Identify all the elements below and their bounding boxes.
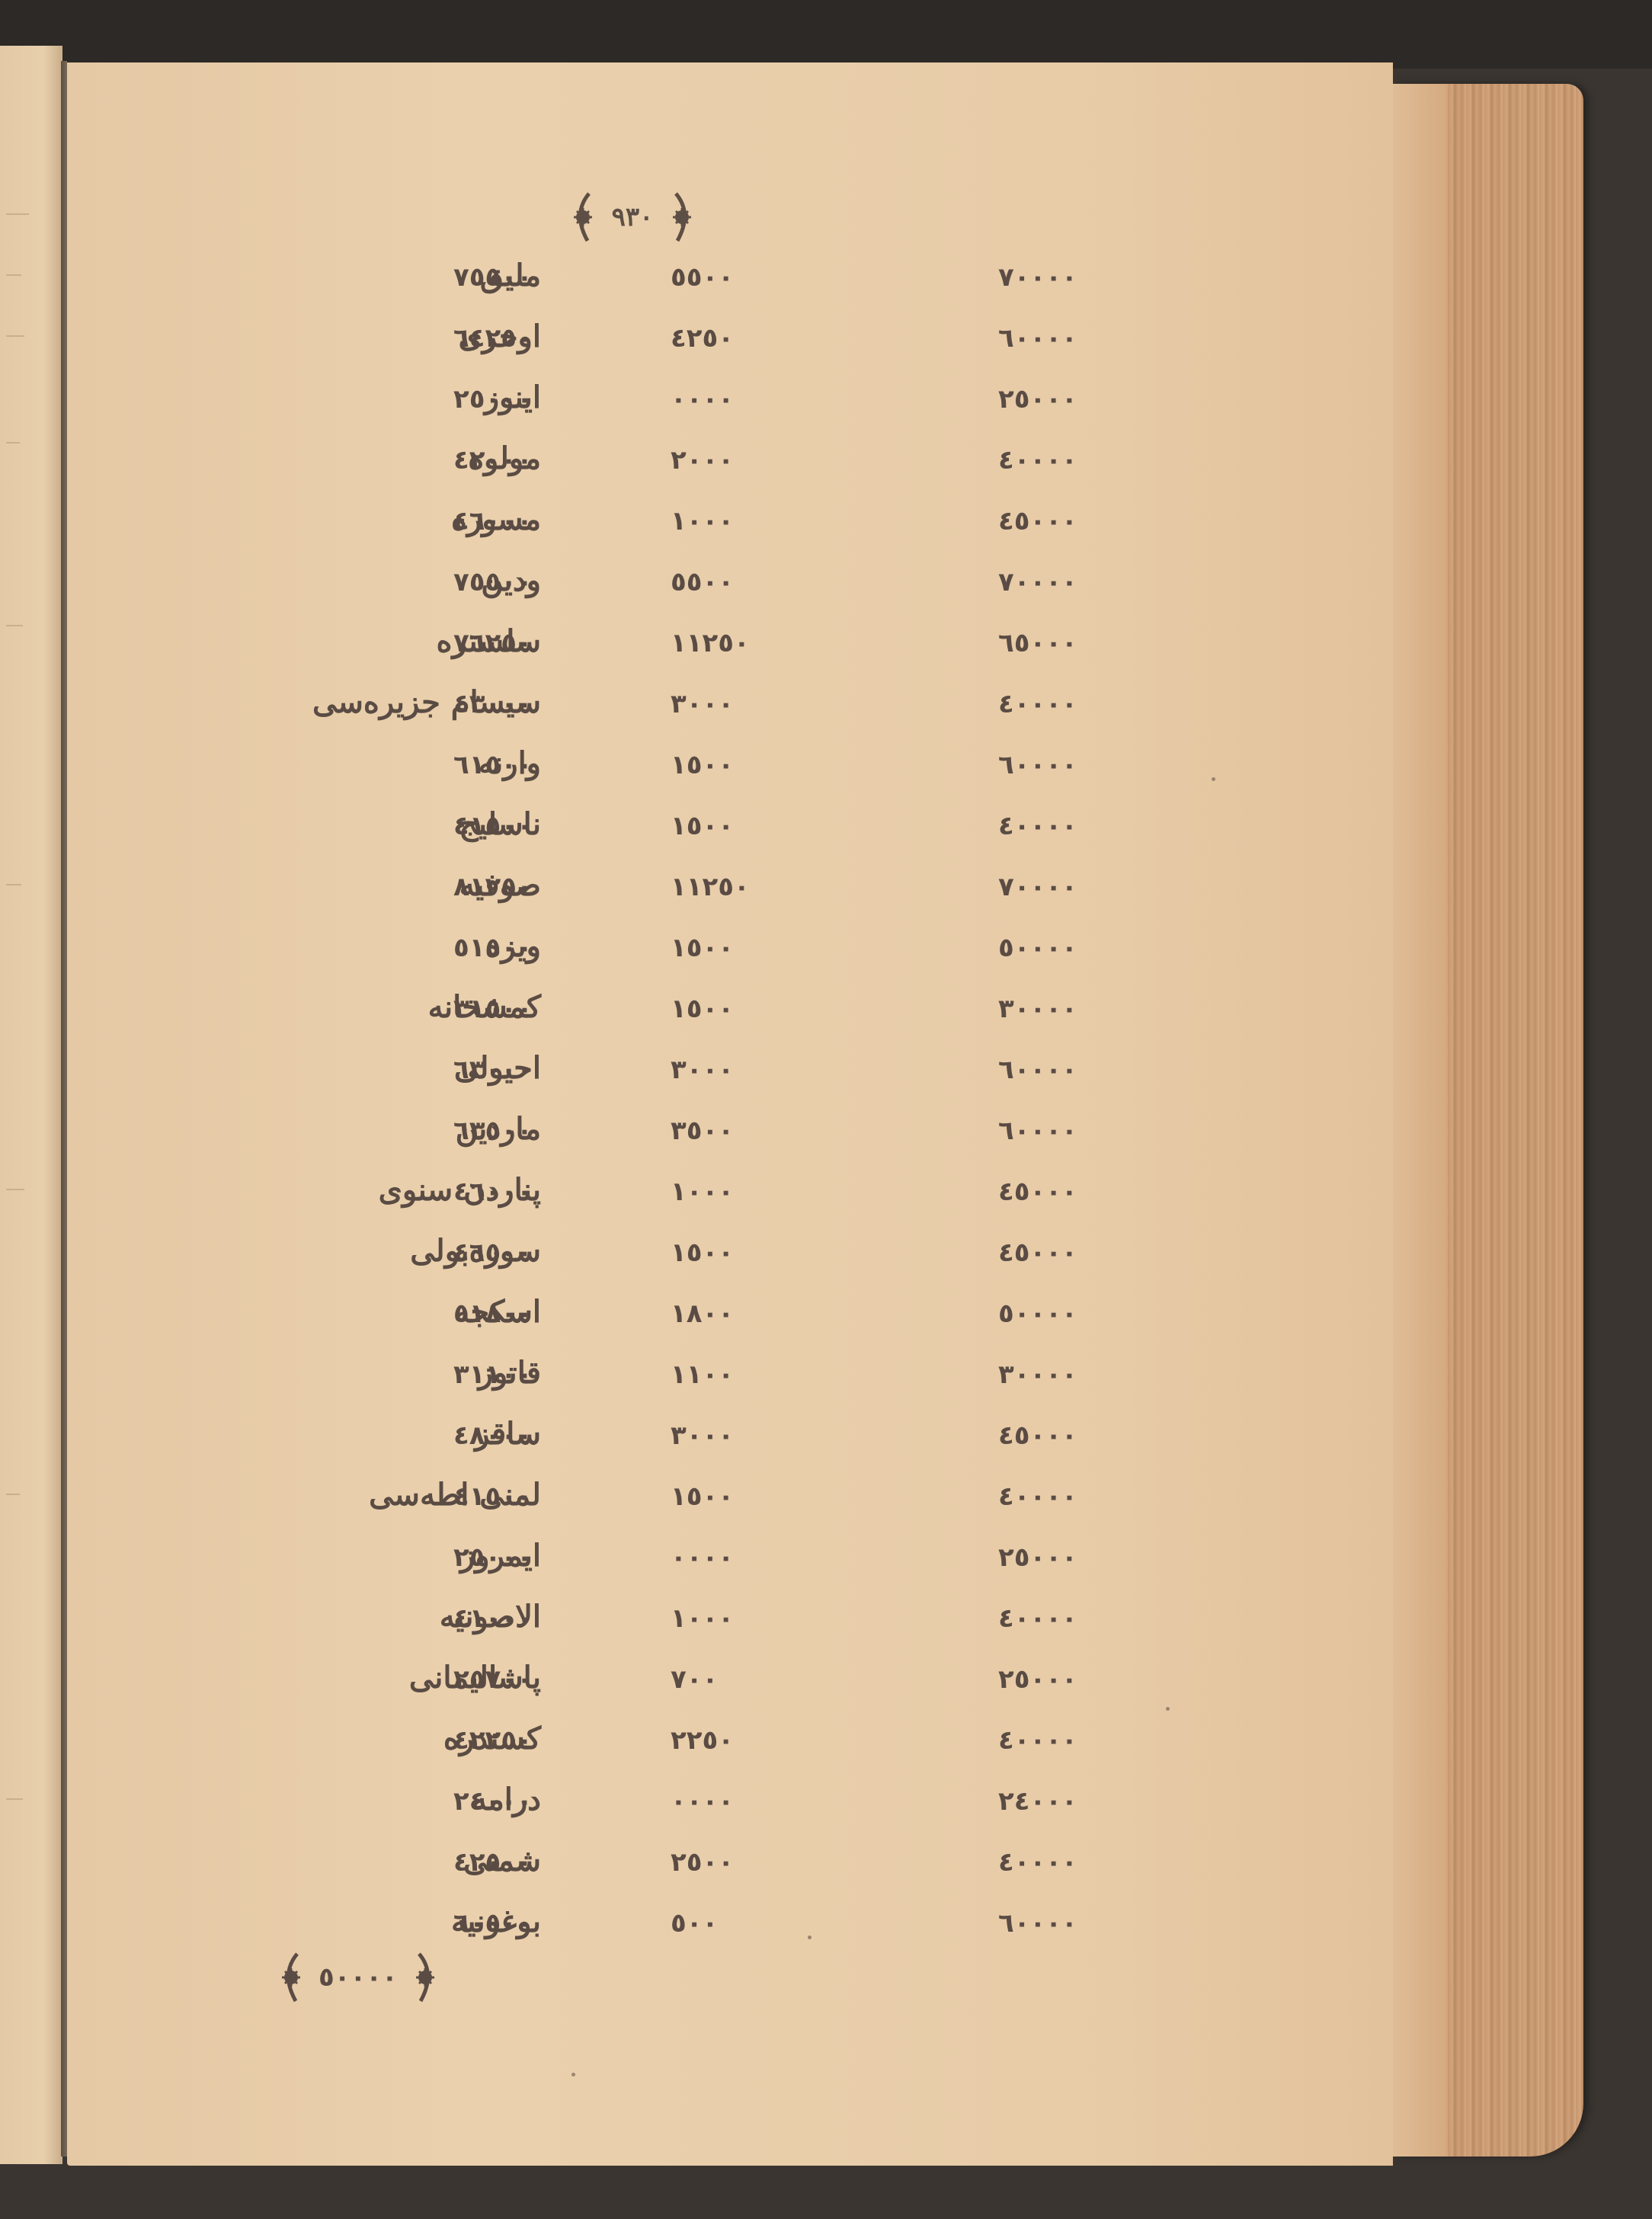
table-row: کمشخانه ٣١٥٠٠ ١٥٠٠ ٣٠٠٠٠ — [152, 983, 1143, 1044]
row-base: ٤٠٠٠٠ — [998, 445, 1077, 475]
row-addition: ٠٠٠٠ — [671, 1786, 734, 1817]
paper-speck — [1166, 1707, 1170, 1711]
row-total: ٧٦٢٥٠ — [453, 628, 533, 658]
table-row: پناردن سنوی ٤٦٠٠٠ ١٠٠٠ ٤٥٠٠٠ — [152, 1166, 1143, 1227]
footer-total-value: ٥٠٠٠٠ — [319, 1962, 398, 1993]
row-base: ٢٥٠٠٠ — [998, 1542, 1077, 1573]
row-total: ٦١٥٠٠ — [453, 750, 533, 780]
row-total: ٦٠٥٠٠ — [453, 1908, 533, 1939]
book-gutter — [61, 61, 67, 2157]
bleed-through-mark — [6, 625, 23, 626]
paper-speck — [1212, 777, 1215, 781]
row-addition: ٢٥٠٠ — [671, 1847, 734, 1878]
table-row: ویزه ٥١٥٠٠ ١٥٠٠ ٥٠٠٠٠ — [152, 922, 1143, 983]
row-total: ٣١١٠٠ — [453, 1359, 533, 1390]
row-addition: ١١٢٥٠ — [671, 628, 750, 658]
row-base: ٣٠٠٠٠ — [998, 994, 1077, 1024]
row-addition: ١١٠٠ — [671, 1359, 734, 1390]
row-base: ٤٠٠٠٠ — [998, 1847, 1077, 1878]
table-row: مولوه ٤٢٠٠٠ ٢٠٠٠ ٤٠٠٠٠ — [152, 434, 1143, 495]
page-stack-face — [1393, 84, 1446, 2157]
row-addition: ١٥٠٠ — [671, 1481, 734, 1512]
table-row: مسوره ٤٦٠٠٠ ١٠٠٠ ٤٥٠٠٠ — [152, 495, 1143, 556]
table-row: اینوز ٢٥٠٠٠ ٠٠٠٠ ٢٥٠٠٠ — [152, 373, 1143, 434]
table-row: سلستره ٧٦٢٥٠ ١١٢٥٠ ٦٥٠٠٠ — [152, 617, 1143, 678]
table-row: ماردین ٦٣٥٠٠ ٣٥٠٠ ٦٠٠٠٠ — [152, 1105, 1143, 1166]
row-total: ٢٥٠٠٠ — [453, 1542, 533, 1573]
row-addition: ٣٠٠٠ — [671, 1055, 734, 1085]
table-row: وارنه ٦١٥٠٠ ١٥٠٠ ٦٠٠٠٠ — [152, 739, 1143, 800]
row-addition: ١٥٠٠ — [671, 1238, 734, 1268]
row-base: ٥٠٠٠٠ — [998, 1298, 1077, 1329]
row-base: ٤٠٠٠٠ — [998, 689, 1077, 719]
table-row: شمنی ٤٢٥٠٠ ٢٥٠٠ ٤٠٠٠٠ — [152, 1836, 1143, 1897]
row-total: ٦٣٠٠٠ — [453, 1055, 533, 1085]
row-base: ٤٥٠٠٠ — [998, 506, 1077, 536]
row-base: ٢٤٠٠٠ — [998, 1786, 1077, 1817]
row-addition: ١٥٠٠ — [671, 994, 734, 1024]
book-photo: ٩٣٠ ملیق ٧٥٥٠٠ ٥٥٠٠ ٧٠٠٠٠ اوخری ٦٤٢٥٠ ٤٢… — [0, 0, 1652, 2219]
row-total: ٦٤٢٥٠ — [453, 323, 533, 354]
paper-speck — [808, 1936, 812, 1939]
table-row: قاتوز ٣١١٠٠ ١١٠٠ ٣٠٠٠٠ — [152, 1349, 1143, 1410]
row-base: ٤٠٠٠٠ — [998, 1725, 1077, 1756]
row-total: ٤٦٥٠٠ — [453, 1238, 533, 1268]
row-total: ٤١٥٠٠ — [453, 811, 533, 841]
row-addition: ٥٠٠ — [671, 1908, 718, 1939]
table-row: ناسلیج ٤١٥٠٠ ١٥٠٠ ٤٠٠٠٠ — [152, 800, 1143, 861]
row-base: ٦٠٠٠٠ — [998, 1055, 1077, 1085]
table-row: سوزه‌بولی ٤٦٥٠٠ ١٥٠٠ ٤٥٠٠٠ — [152, 1227, 1143, 1288]
row-addition: ١٥٠٠ — [671, 750, 734, 780]
row-addition: ٠٠٠٠ — [671, 384, 734, 415]
table-row: ودین ٧٥٥٠٠ ٥٥٠٠ ٧٠٠٠٠ — [152, 556, 1143, 617]
row-addition: ٧٠٠ — [671, 1664, 718, 1695]
row-base: ٧٠٠٠٠ — [998, 872, 1077, 902]
row-base: ٦٥٠٠٠ — [998, 628, 1077, 658]
row-base: ٦٠٠٠٠ — [998, 323, 1077, 354]
table-row: ساقز ٤٨٠٠٠ ٣٠٠٠ ٤٥٠٠٠ — [152, 1410, 1143, 1471]
row-base: ٥٠٠٠٠ — [998, 933, 1077, 963]
row-base: ٤٥٠٠٠ — [998, 1238, 1077, 1268]
row-total: ٦٣٥٠٠ — [453, 1116, 533, 1146]
row-total: ٥١٨٠٠ — [453, 1298, 533, 1329]
table-row: کسندره ٤٢٢٥٠ ٢٢٥٠ ٤٠٠٠٠ — [152, 1715, 1143, 1776]
table-row: احیولی ٦٣٠٠٠ ٣٠٠٠ ٦٠٠٠٠ — [152, 1044, 1143, 1105]
row-base: ٧٠٠٠٠ — [998, 262, 1077, 293]
table-row: پاشالیمانی ٢٥٧٠٠ ٧٠٠ ٢٥٠٠٠ — [152, 1654, 1143, 1715]
row-addition: ١٥٠٠ — [671, 933, 734, 963]
row-addition: ٣٠٠٠ — [671, 689, 734, 719]
row-total: ٨١٢٥٠ — [453, 872, 533, 902]
page-number-header: ٩٣٠ — [533, 187, 732, 248]
bleed-through-mark — [6, 442, 20, 443]
row-base: ٦٠٠٠٠ — [998, 750, 1077, 780]
row-total: ٧٥٥٠٠ — [453, 567, 533, 597]
row-base: ٤٥٠٠٠ — [998, 1420, 1077, 1451]
row-addition: ٥٥٠٠ — [671, 262, 734, 293]
table-row: لمنی اطه‌سی ٤١٥٠٠ ١٥٠٠ ٤٠٠٠٠ — [152, 1471, 1143, 1532]
row-total: ٤٨٠٠٠ — [453, 1420, 533, 1451]
row-addition: ٣٥٠٠ — [671, 1116, 734, 1146]
table-row: ملیق ٧٥٥٠٠ ٥٥٠٠ ٧٠٠٠٠ — [152, 251, 1143, 312]
table-row: درامه ٢٤٠٠٠ ٠٠٠٠ ٢٤٠٠٠ — [152, 1776, 1143, 1836]
row-addition: ٤٢٥٠ — [671, 323, 734, 354]
row-addition: ٢٠٠٠ — [671, 445, 734, 475]
row-base: ٣٠٠٠٠ — [998, 1359, 1077, 1390]
table-row: صوفیه ٨١٢٥٠ ١١٢٥٠ ٧٠٠٠٠ — [152, 861, 1143, 922]
row-base: ٤٠٠٠٠ — [998, 811, 1077, 841]
footer-total: ٥٠٠٠٠ — [274, 1947, 442, 2008]
row-total: ٤٢٥٠٠ — [453, 1847, 533, 1878]
row-total: ٤٦٠٠٠ — [453, 1177, 533, 1207]
row-total: ٢٥٠٠٠ — [453, 384, 533, 415]
row-addition: ٥٥٠٠ — [671, 567, 734, 597]
row-total: ٤٣٠٠٠ — [453, 689, 533, 719]
row-base: ٢٥٠٠٠ — [998, 384, 1077, 415]
row-base: ٦٠٠٠٠ — [998, 1116, 1077, 1146]
row-addition: ١٥٠٠ — [671, 811, 734, 841]
row-total: ٢٤٠٠٠ — [453, 1786, 533, 1817]
row-addition: ١٠٠٠ — [671, 506, 734, 536]
row-total: ٧٥٥٠٠ — [453, 262, 533, 293]
row-total: ٤١٠٠٠ — [453, 1603, 533, 1634]
row-total: ٣١٥٠٠ — [453, 994, 533, 1024]
row-base: ٤٠٠٠٠ — [998, 1603, 1077, 1634]
table-row: سیسام جزیره‌سی ٤٣٠٠٠ ٣٠٠٠ ٤٠٠٠٠ — [152, 678, 1143, 739]
bleed-through-mark — [6, 274, 21, 276]
row-addition: ١٠٠٠ — [671, 1603, 734, 1634]
table-row: اسکجه ٥١٨٠٠ ١٨٠٠ ٥٠٠٠٠ — [152, 1288, 1143, 1349]
row-addition: ٢٢٥٠ — [671, 1725, 734, 1756]
row-base: ٦٠٠٠٠ — [998, 1908, 1077, 1939]
floral-ornament-icon — [668, 191, 699, 244]
row-base: ٢٥٠٠٠ — [998, 1664, 1077, 1695]
left-facing-page — [0, 46, 62, 2164]
row-total: ٤١٥٠٠ — [453, 1481, 533, 1512]
paper-speck — [571, 2073, 575, 2077]
row-addition: ١٠٠٠ — [671, 1177, 734, 1207]
row-total: ٢٥٧٠٠ — [453, 1664, 533, 1695]
bleed-through-mark — [6, 884, 21, 885]
bleed-through-mark — [6, 213, 29, 215]
table-row: اوخری ٦٤٢٥٠ ٤٢٥٠ ٦٠٠٠٠ — [152, 312, 1143, 373]
floral-ornament-icon — [566, 191, 597, 244]
row-addition: ٣٠٠٠ — [671, 1420, 734, 1451]
row-total: ٥١٥٠٠ — [453, 933, 533, 963]
row-total: ٤٦٠٠٠ — [453, 506, 533, 536]
bleed-through-mark — [6, 335, 24, 337]
row-addition: ١١٢٥٠ — [671, 872, 750, 902]
page-fore-edge — [1393, 84, 1583, 2157]
row-base: ٤٥٠٠٠ — [998, 1177, 1077, 1207]
dark-backdrop — [0, 0, 1652, 69]
bleed-through-mark — [6, 1798, 23, 1800]
row-base: ٧٠٠٠٠ — [998, 567, 1077, 597]
row-total: ٤٢٠٠٠ — [453, 445, 533, 475]
table-row: ایمروز ٢٥٠٠٠ ٠٠٠٠ ٢٥٠٠٠ — [152, 1532, 1143, 1593]
figures-table: ملیق ٧٥٥٠٠ ٥٥٠٠ ٧٠٠٠٠ اوخری ٦٤٢٥٠ ٤٢٥٠ ٦… — [152, 251, 1143, 1958]
row-base: ٤٠٠٠٠ — [998, 1481, 1077, 1512]
floral-ornament-icon — [274, 1951, 305, 2004]
bleed-through-mark — [6, 1494, 20, 1495]
floral-ornament-icon — [411, 1951, 442, 2004]
row-total: ٤٢٢٥٠ — [453, 1725, 533, 1756]
table-row: الاصونیه ٤١٠٠٠ ١٠٠٠ ٤٠٠٠٠ — [152, 1593, 1143, 1654]
row-addition: ٠٠٠٠ — [671, 1542, 734, 1573]
page-number: ٩٣٠ — [612, 202, 654, 232]
bleed-through-mark — [6, 1189, 24, 1190]
row-addition: ١٨٠٠ — [671, 1298, 734, 1329]
